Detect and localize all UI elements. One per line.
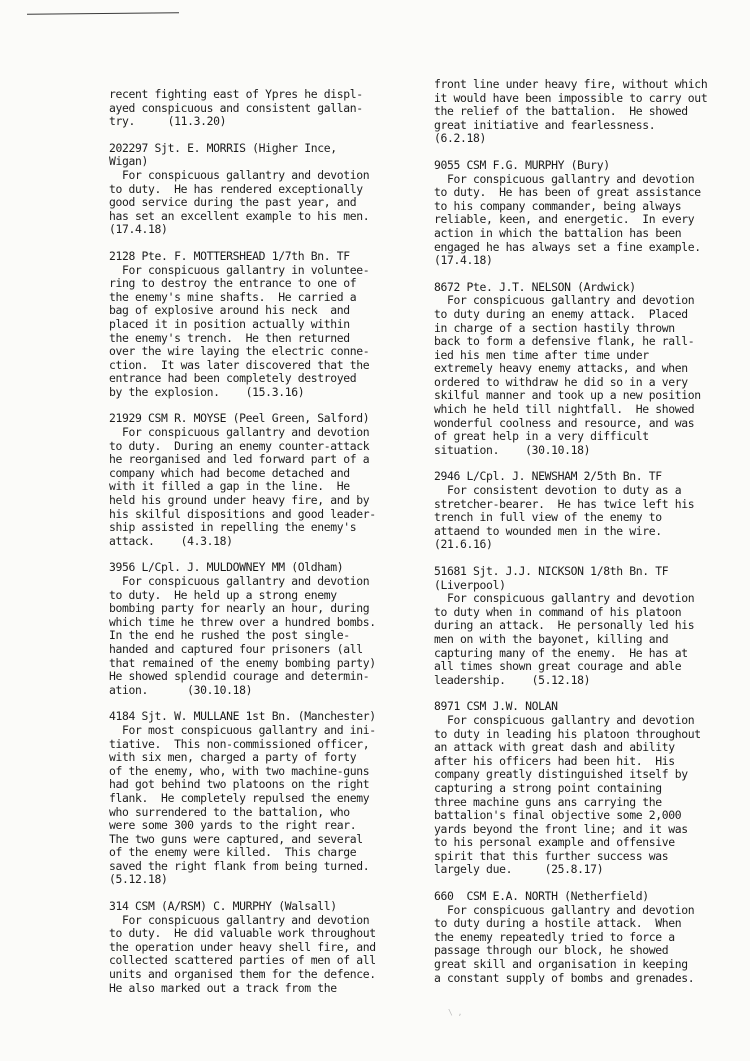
citation-text-line: to duty. He did valuable work throughout xyxy=(109,927,409,941)
citation-entry: 4184 Sjt. W. MULLANE 1st Bn. (Manchester… xyxy=(109,710,409,887)
citation-text-line: flank. He completely repulsed the enemy xyxy=(109,792,409,806)
citation-entry: 202297 Sjt. E. MORRIS (Higher Ince,Wigan… xyxy=(109,142,409,237)
citation-text-line: (17.4.18) xyxy=(434,254,749,268)
citation-text-line: units and organised them for the defence… xyxy=(109,968,409,982)
citation-text-line: For conspicuous gallantry and devotion xyxy=(109,575,409,589)
citation-text-line: attack. (4.3.18) xyxy=(109,535,409,549)
citation-text-line: ction. It was later discovered that the xyxy=(109,359,409,373)
citation-text-line: to duty. During an enemy counter-attack xyxy=(109,440,409,454)
citation-text-line: by the explosion. (15.3.16) xyxy=(109,386,409,400)
citation-entry: 2128 Pte. F. MOTTERSHEAD 1/7th Bn. TF Fo… xyxy=(109,250,409,400)
citation-text-line: reliable, keen, and energetic. In every xyxy=(434,213,749,227)
citation-text-line: during an attack. He personally led his xyxy=(434,619,749,633)
citation-text-line: For conspicuous gallantry and devotion xyxy=(434,714,749,728)
citation-text-line: good service during the past year, and xyxy=(109,196,409,210)
citation-entry: 9055 CSM F.G. MURPHY (Bury) For conspicu… xyxy=(434,159,749,268)
citation-entry: 3956 L/Cpl. J. MULDOWNEY MM (Oldham) For… xyxy=(109,561,409,697)
citation-text-line: attaend to wounded men in the wire. xyxy=(434,525,749,539)
citation-text-line: which he held till nightfall. He showed xyxy=(434,403,749,417)
citation-text-line: the relief of the battalion. He showed xyxy=(434,105,749,119)
citation-heading: 314 CSM (A/RSM) C. MURPHY (Walsall) xyxy=(109,900,409,914)
citation-text-line: engaged he has always set a fine example… xyxy=(434,241,749,255)
citation-text-line: For conspicuous gallantry and devotion xyxy=(109,169,409,183)
page-mark: \ , xyxy=(448,1008,462,1017)
citation-text-line: company which had become detached and xyxy=(109,467,409,481)
citation-text-line: ied his men time after time under xyxy=(434,349,749,363)
citation-text-line: He showed splendid courage and determin- xyxy=(109,670,409,684)
citation-text-line: back to form a defensive flank, he rall- xyxy=(434,335,749,349)
citation-text-line: tiative. This non-commissioned officer, xyxy=(109,738,409,752)
citation-text-line: all times shown great courage and able xyxy=(434,660,749,674)
citation-text-line: passage through our block, he showed xyxy=(434,944,749,958)
citation-text-line: handed and captured four prisoners (all xyxy=(109,643,409,657)
citation-text-line: largely due. (25.8.17) xyxy=(434,863,749,877)
citation-entry: 8672 Pte. J.T. NELSON (Ardwick) For cons… xyxy=(434,281,749,458)
citation-entry: recent fighting east of Ypres he displ-a… xyxy=(109,88,409,129)
citation-text-line: the enemy repeatedly tried to force a xyxy=(434,931,749,945)
citation-text-line: ordered to withdraw he did so in a very xyxy=(434,376,749,390)
citation-text-line: For consistent devotion to duty as a xyxy=(434,484,749,498)
citation-text-line: bag of explosive around his neck and xyxy=(109,304,409,318)
citation-heading: 4184 Sjt. W. MULLANE 1st Bn. (Manchester… xyxy=(109,710,409,724)
citation-heading: 51681 Sjt. J.J. NICKSON 1/8th Bn. TF xyxy=(434,565,749,579)
citation-text-line: For conspicuous gallantry and devotion xyxy=(434,592,749,606)
citation-text-line: he reorganised and led forward part of a xyxy=(109,453,409,467)
citation-entry: 314 CSM (A/RSM) C. MURPHY (Walsall) For … xyxy=(109,900,409,995)
citation-text-line: recent fighting east of Ypres he displ- xyxy=(109,88,409,102)
citation-entry: 8971 CSM J.W. NOLAN For conspicuous gall… xyxy=(434,700,749,877)
citation-text-line: of the enemy, who, with two machine-guns xyxy=(109,765,409,779)
citation-text-line: an attack with great dash and ability xyxy=(434,741,749,755)
citation-text-line: (17.4.18) xyxy=(109,223,409,237)
citation-text-line: situation. (30.10.18) xyxy=(434,444,749,458)
citation-text-line: a constant supply of bombs and grenades. xyxy=(434,972,749,986)
citation-text-line: For conspicuous gallantry and devotion xyxy=(434,173,749,187)
citation-text-line: entrance had been completely destroyed xyxy=(109,372,409,386)
citation-text-line: spirit that this further success was xyxy=(434,850,749,864)
citation-text-line: company greatly distinguished itself by xyxy=(434,768,749,782)
citation-heading: 9055 CSM F.G. MURPHY (Bury) xyxy=(434,159,749,173)
citation-text-line: to his company commander, being always xyxy=(434,200,749,214)
citation-text-line: skilful manner and took up a new positio… xyxy=(434,389,749,403)
citation-text-line: For conspicuous gallantry and devotion xyxy=(434,904,749,918)
citation-heading-continued: Wigan) xyxy=(109,155,409,169)
citation-text-line: action in which the battalion has been xyxy=(434,227,749,241)
citation-heading: 8672 Pte. J.T. NELSON (Ardwick) xyxy=(434,281,749,295)
citation-text-line: to duty in leading his platoon throughou… xyxy=(434,728,749,742)
citation-text-line: who surrendered to the battalion, who xyxy=(109,806,409,820)
citation-text-line: that remained of the enemy bombing party… xyxy=(109,657,409,671)
citation-heading: 2128 Pte. F. MOTTERSHEAD 1/7th Bn. TF xyxy=(109,250,409,264)
citation-text-line: battalion's final objective some 2,000 xyxy=(434,809,749,823)
citation-text-line: of great help in a very difficult xyxy=(434,430,749,444)
citation-text-line: three machine guns ans carrying the xyxy=(434,796,749,810)
citation-text-line: For conspicuous gallantry in voluntee- xyxy=(109,264,409,278)
citation-text-line: which time he threw over a hundred bombs… xyxy=(109,616,409,630)
citation-text-line: For conspicuous gallantry and devotion xyxy=(109,914,409,928)
citation-text-line: has set an excellent example to his men. xyxy=(109,210,409,224)
citation-text-line: to duty. He has been of great assistance xyxy=(434,186,749,200)
citation-entry: 2946 L/Cpl. J. NEWSHAM 2/5th Bn. TF For … xyxy=(434,470,749,552)
citation-text-line: (21.6.16) xyxy=(434,538,749,552)
citation-text-line: extremely heavy enemy attacks, and when xyxy=(434,362,749,376)
citation-text-line: The two guns were captured, and several xyxy=(109,833,409,847)
citation-text-line: leadership. (5.12.18) xyxy=(434,674,749,688)
citation-text-line: the enemy's trench. He then returned xyxy=(109,332,409,346)
citation-text-line: ship assisted in repelling the enemy's xyxy=(109,521,409,535)
citation-text-line: ring to destroy the entrance to one of xyxy=(109,277,409,291)
citation-text-line: to duty during an enemy attack. Placed xyxy=(434,308,749,322)
citation-text-line: with six men, charged a party of forty xyxy=(109,751,409,765)
citation-entry: 51681 Sjt. J.J. NICKSON 1/8th Bn. TF(Liv… xyxy=(434,565,749,687)
citation-entry: front line under heavy fire, without whi… xyxy=(434,78,749,146)
citation-text-line: In the end he rushed the post single- xyxy=(109,629,409,643)
citation-text-line: yards beyond the front line; and it was xyxy=(434,823,749,837)
citation-text-line: placed it in position actually within xyxy=(109,318,409,332)
citation-heading: 660 CSM E.A. NORTH (Netherfield) xyxy=(434,890,749,904)
citation-text-line: of the enemy were killed. This charge xyxy=(109,846,409,860)
citation-text-line: wonderful coolness and resource, and was xyxy=(434,417,749,431)
citation-text-line: to his personal example and offensive xyxy=(434,836,749,850)
citation-text-line: to duty. He has rendered exceptionally xyxy=(109,183,409,197)
citation-text-line: front line under heavy fire, without whi… xyxy=(434,78,749,92)
citation-heading: 2946 L/Cpl. J. NEWSHAM 2/5th Bn. TF xyxy=(434,470,749,484)
citation-heading: 21929 CSM R. MOYSE (Peel Green, Salford) xyxy=(109,412,409,426)
citation-text-line: to duty during a hostile attack. When xyxy=(434,917,749,931)
citation-heading: 202297 Sjt. E. MORRIS (Higher Ince, xyxy=(109,142,409,156)
citation-text-line: For conspicuous gallantry and devotion xyxy=(434,294,749,308)
citation-text-line: in charge of a section hastily thrown xyxy=(434,322,749,336)
citation-text-line: after his officers had been hit. His xyxy=(434,755,749,769)
citation-text-line: great skill and organisation in keeping xyxy=(434,958,749,972)
citation-text-line: collected scattered parties of men of al… xyxy=(109,954,409,968)
citation-text-line: the operation under heavy shell fire, an… xyxy=(109,941,409,955)
citation-text-line: bombing party for nearly an hour, during xyxy=(109,602,409,616)
citation-entry: 660 CSM E.A. NORTH (Netherfield) For con… xyxy=(434,890,749,985)
citation-text-line: (6.2.18) xyxy=(434,132,749,146)
citation-text-line: saved the right flank from being turned. xyxy=(109,860,409,874)
citation-heading-continued: (Liverpool) xyxy=(434,579,749,593)
citation-text-line: For conspicuous gallantry and devotion xyxy=(109,426,409,440)
citation-text-line: to duty. He held up a strong enemy xyxy=(109,589,409,603)
citation-heading: 3956 L/Cpl. J. MULDOWNEY MM (Oldham) xyxy=(109,561,409,575)
citation-text-line: stretcher-bearer. He has twice left his xyxy=(434,498,749,512)
citation-text-line: try. (11.3.20) xyxy=(109,115,409,129)
citation-text-line: For most conspicuous gallantry and ini- xyxy=(109,724,409,738)
citation-text-line: great initiative and fearlessness. xyxy=(434,119,749,133)
citation-text-line: his skilful dispositions and good leader… xyxy=(109,508,409,522)
citation-text-line: the enemy's mine shafts. He carried a xyxy=(109,291,409,305)
citation-text-line: were some 300 yards to the right rear. xyxy=(109,819,409,833)
citation-text-line: He also marked out a track from the xyxy=(109,982,409,996)
citation-text-line: held his ground under heavy fire, and by xyxy=(109,494,409,508)
citation-text-line: capturing a strong point containing xyxy=(434,782,749,796)
citation-text-line: men on with the bayonet, killing and xyxy=(434,633,749,647)
citation-entry: 21929 CSM R. MOYSE (Peel Green, Salford)… xyxy=(109,412,409,548)
citation-text-line: it would have been impossible to carry o… xyxy=(434,92,749,106)
citation-text-line: with it filled a gap in the line. He xyxy=(109,480,409,494)
citation-text-line: ayed conspicuous and consistent gallan- xyxy=(109,102,409,116)
citation-text-line: (5.12.18) xyxy=(109,873,409,887)
header-rule xyxy=(27,12,179,15)
citation-text-line: had got behind two platoons on the right xyxy=(109,778,409,792)
citation-text-line: over the wire laying the electric conne- xyxy=(109,345,409,359)
citation-text-line: trench in full view of the enemy to xyxy=(434,511,749,525)
left-column: recent fighting east of Ypres he displ-a… xyxy=(109,88,409,1008)
citation-text-line: capturing many of the enemy. He has at xyxy=(434,647,749,661)
citation-heading: 8971 CSM J.W. NOLAN xyxy=(434,700,749,714)
citation-text-line: ation. (30.10.18) xyxy=(109,684,409,698)
right-column: front line under heavy fire, without whi… xyxy=(434,78,749,998)
citation-text-line: to duty when in command of his platoon xyxy=(434,606,749,620)
